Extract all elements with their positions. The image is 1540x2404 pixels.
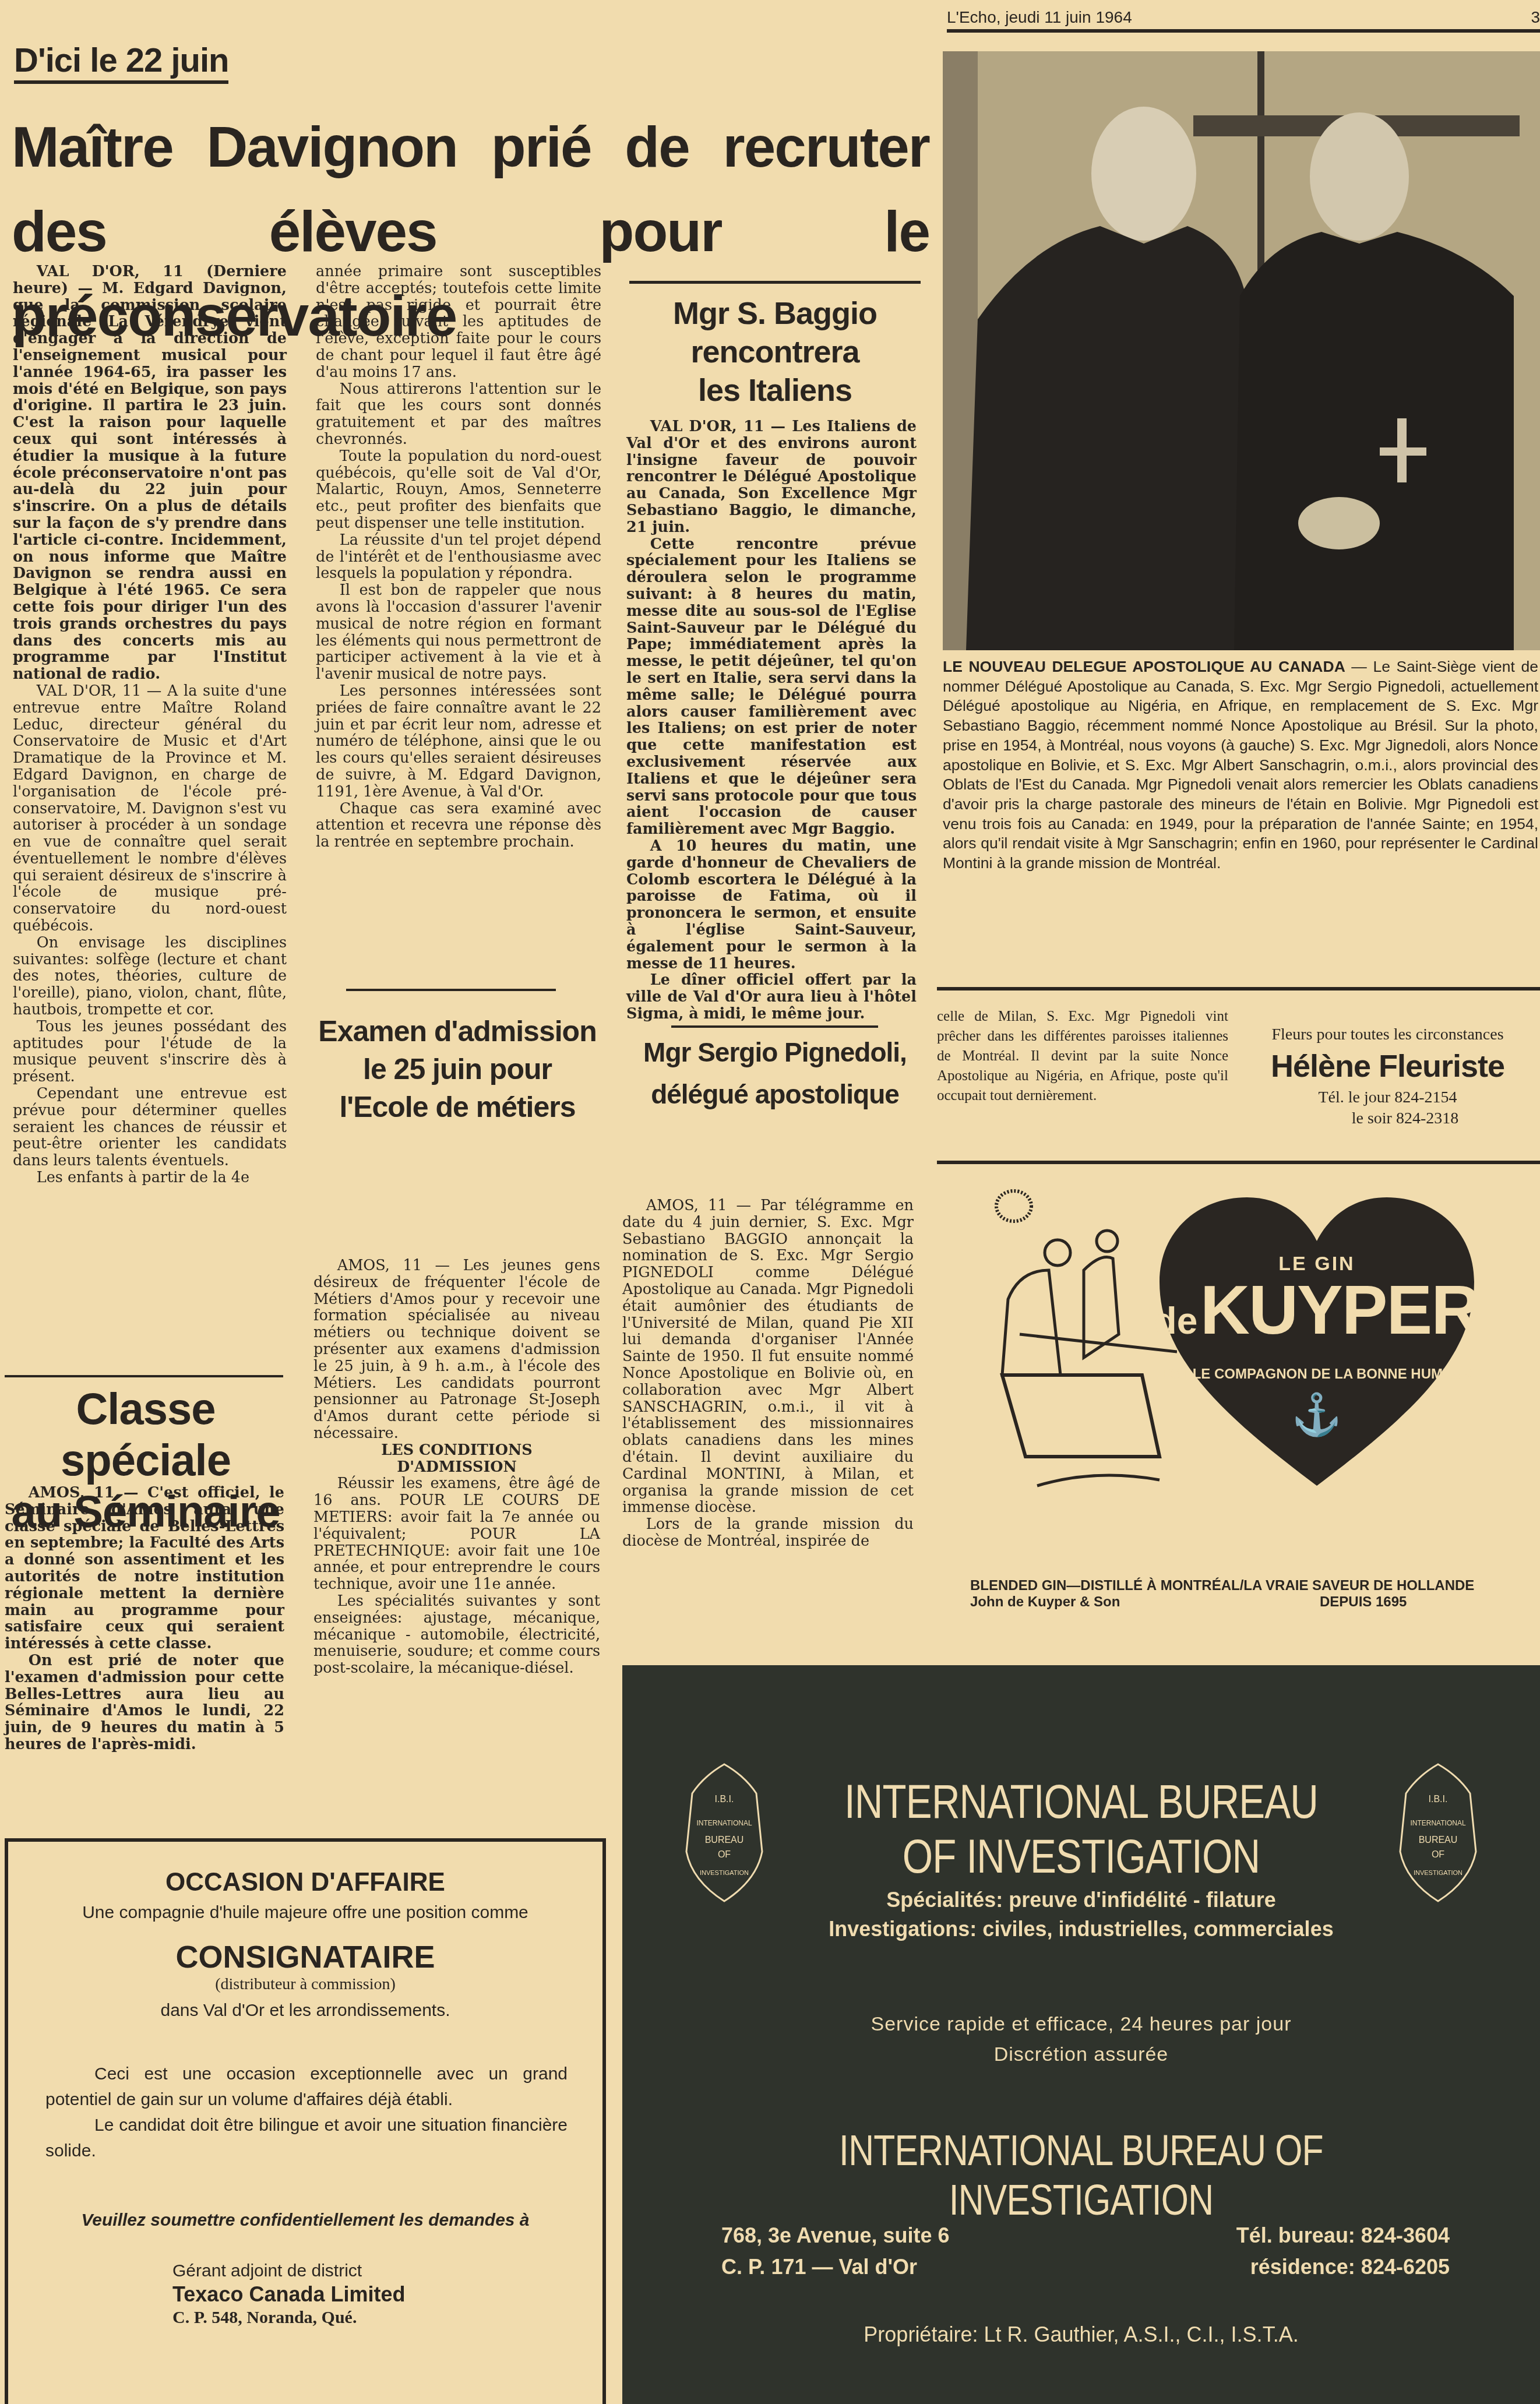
baggio-headline: Mgr S. Baggio rencontrera les Italiens bbox=[623, 294, 926, 410]
ibi-service-info: Service rapide et efficace, 24 heures pa… bbox=[622, 2009, 1540, 2070]
examen-body: AMOS, 11 — Les jeunes gens désireux de f… bbox=[313, 1257, 600, 1677]
clergy-photo bbox=[943, 51, 1540, 650]
divider bbox=[937, 987, 1540, 990]
baggio-headline-line2: rencontrera bbox=[623, 333, 926, 371]
kuyper-company: John de Kuyper & Son bbox=[970, 1594, 1320, 1610]
divider bbox=[671, 1025, 878, 1028]
examen-subhead: LES CONDITIONS D'ADMISSION bbox=[313, 1442, 600, 1476]
paragraph: VAL D'OR, 11 — A la suite d'une entrevue… bbox=[13, 683, 287, 935]
paragraph: Chaque cas sera examiné avec attention e… bbox=[316, 801, 601, 851]
examen-headline: Examen d'admission le 25 juin pour l'Eco… bbox=[315, 1013, 600, 1126]
ibi-address: 768, 3e Avenue, suite 6 C. P. 171 — Val … bbox=[721, 2220, 950, 2283]
lead-story-col1: VAL D'OR, 11 (Derniere heure) — M. Edgar… bbox=[13, 263, 287, 1186]
lead-kicker: D'ici le 22 juin bbox=[14, 42, 228, 84]
caption-body: — Le Saint-Siège vient de nommer Délégué… bbox=[943, 658, 1538, 872]
pignedoli-body: AMOS, 11 — Par télégramme en date du 4 j… bbox=[622, 1197, 914, 1550]
paragraph: VAL D'OR, 11 — Les Italiens de Val d'Or … bbox=[626, 418, 917, 536]
paragraph: AMOS, 11 — Par télégramme en date du 4 j… bbox=[622, 1197, 914, 1516]
kuyper-brand: KUYPER bbox=[1200, 1272, 1480, 1349]
ibi-phone-office: Tél. bureau: 824-3604 bbox=[1236, 2220, 1450, 2251]
ibi-address-line1: 768, 3e Avenue, suite 6 bbox=[721, 2220, 950, 2251]
seminaire-body: AMOS, 11 — C'est officiel, le Séminaire … bbox=[5, 1485, 284, 1753]
paragraph: Tous les jeunes possédant des aptitudes … bbox=[13, 1018, 287, 1085]
examen-headline-line2: le 25 juin pour bbox=[315, 1051, 600, 1088]
fleuriste-name: Hélène Fleuriste bbox=[1235, 1045, 1540, 1087]
texaco-position-note: (distributeur à commission) bbox=[8, 1975, 602, 1994]
paragraph: Réussir les examens, être âgé de 16 ans.… bbox=[313, 1475, 600, 1593]
fleuriste-ad: Fleurs pour toutes les circonstances Hél… bbox=[1235, 1024, 1540, 1129]
paragraph: Les spécialités suivantes y sont enseign… bbox=[313, 1593, 600, 1677]
ibi-title-line1: INTERNATIONAL BUREAU bbox=[705, 1775, 1458, 1830]
paragraph: Toute la population du nord-ouest québéc… bbox=[316, 448, 601, 532]
ibi-services: Spécialités: preuve d'infidélité - filat… bbox=[622, 1885, 1540, 1944]
baggio-headline-line3: les Italiens bbox=[623, 371, 926, 410]
fleuriste-phone-evening: le soir 824-2318 bbox=[1235, 1108, 1540, 1129]
texaco-area: dans Val d'Or et les arrondissements. bbox=[8, 2001, 602, 2021]
kuyper-slogan: EST LE COMPAGNON DE LA BONNE HUMEUR bbox=[1154, 1366, 1480, 1383]
paragraph: Il est bon de rappeler que nous avons là… bbox=[316, 582, 601, 683]
divider bbox=[937, 1161, 1540, 1164]
pignedoli-headline-line1: Mgr Sergio Pignedoli, bbox=[623, 1031, 926, 1073]
texaco-title: OCCASION D'AFFAIRE bbox=[8, 1868, 602, 1897]
paragraph: Cette rencontre prévue spécialement pour… bbox=[626, 536, 917, 838]
baggio-headline-line1: Mgr S. Baggio bbox=[623, 294, 926, 333]
fleuriste-phone-day: Tél. le jour 824-2154 bbox=[1235, 1087, 1540, 1108]
ibi-contact: 768, 3e Avenue, suite 6 C. P. 171 — Val … bbox=[721, 2220, 1450, 2283]
ibi-title-line2: OF INVESTIGATION bbox=[705, 1830, 1458, 1884]
kuyper-brand-prefix: de bbox=[1154, 1300, 1198, 1342]
ibi-title: INTERNATIONAL BUREAU OF INVESTIGATION bbox=[622, 1775, 1540, 1884]
baggio-body: VAL D'OR, 11 — Les Italiens de Val d'Or … bbox=[626, 418, 917, 1023]
ibi-ad: I.B.I. INTERNATIONAL BUREAU OF INVESTIGA… bbox=[622, 1665, 1540, 2404]
paragraph: La réussite d'un tel projet dépend de l'… bbox=[316, 532, 601, 582]
paragraph: AMOS, 11 — C'est officiel, le Séminaire … bbox=[5, 1485, 284, 1652]
pignedoli-continuation: celle de Milan, S. Exc. Mgr Pignedoli vi… bbox=[937, 1007, 1228, 1106]
texaco-company: Texaco Canada Limited bbox=[172, 2283, 602, 2306]
kuyper-footer: BLENDED GIN—DISTILLÉ À MONTRÉAL/LA VRAIE… bbox=[970, 1578, 1530, 1610]
paragraph: On est prié de noter que l'examen d'admi… bbox=[5, 1652, 284, 1753]
kuyper-footer-line: BLENDED GIN—DISTILLÉ À MONTRÉAL/LA VRAIE… bbox=[970, 1578, 1530, 1594]
ibi-phone-home: résidence: 824-6205 bbox=[1236, 2251, 1450, 2283]
ibi-discretion: Discrétion assurée bbox=[622, 2039, 1540, 2070]
kuyper-heart-text: LE GIN de KUYPER EST LE COMPAGNON DE LA … bbox=[1154, 1253, 1480, 1447]
fleuriste-tagline: Fleurs pour toutes les circonstances bbox=[1235, 1024, 1540, 1045]
paragraph: Le dîner officiel offert par la ville de… bbox=[626, 972, 917, 1022]
ibi-specialties: Spécialités: preuve d'infidélité - filat… bbox=[622, 1885, 1540, 1915]
photo-caption: LE NOUVEAU DELEGUE APOSTOLIQUE AU CANADA… bbox=[943, 657, 1538, 873]
lead-story-col2: année primaire sont susceptibles d'être … bbox=[316, 263, 601, 851]
texaco-contact: Gérant adjoint de district Texaco Canada… bbox=[172, 2260, 602, 2329]
paragraph: Les enfants à partir de la 4e bbox=[13, 1169, 287, 1186]
paragraph: Nous attirerons l'attention sur le fait … bbox=[316, 381, 601, 448]
paragraph: Les personnes intéressées sont priées de… bbox=[316, 683, 601, 801]
ibi-owner: Propriétaire: Lt R. Gauthier, A.S.I., C.… bbox=[622, 2322, 1540, 2347]
texaco-contact-title: Gérant adjoint de district bbox=[172, 2260, 602, 2283]
kuyper-since: DEPUIS 1695 bbox=[1320, 1594, 1407, 1610]
photo-image-icon bbox=[943, 51, 1540, 650]
paragraph: année primaire sont susceptibles d'être … bbox=[316, 263, 601, 381]
kuyper-brand-row: de KUYPER bbox=[1154, 1275, 1480, 1366]
paragraph: AMOS, 11 — Les jeunes gens désireux de f… bbox=[313, 1257, 600, 1442]
texaco-submit: Veuillez soumettre confidentiellement le… bbox=[8, 2211, 602, 2230]
divider bbox=[346, 989, 556, 991]
paragraph: A 10 heures du matin, une garde d'honneu… bbox=[626, 838, 917, 972]
paragraph: On envisage les disciplines suivantes: s… bbox=[13, 935, 287, 1018]
kuyper-ad: LE GIN de KUYPER EST LE COMPAGNON DE LA … bbox=[944, 1177, 1540, 1631]
paragraph: VAL D'OR, 11 (Derniere heure) — M. Edgar… bbox=[13, 263, 287, 683]
texaco-intro: Une compagnie d'huile majeure offre une … bbox=[8, 1903, 602, 1923]
paper-date: L'Echo, jeudi 11 juin 1964 bbox=[947, 8, 1132, 27]
ibi-investigations: Investigations: civiles, industrielles, … bbox=[622, 1915, 1540, 1944]
ibi-title-full: INTERNATIONAL BUREAU OF INVESTIGATION bbox=[705, 2125, 1458, 2225]
anchor-icon: ⚓ bbox=[1154, 1383, 1480, 1447]
divider bbox=[5, 1375, 283, 1377]
seminaire-headline-line1: Classe spéciale bbox=[0, 1384, 291, 1486]
subhead-line2: D'ADMISSION bbox=[397, 1458, 517, 1476]
examen-headline-line3: l'Ecole de métiers bbox=[315, 1088, 600, 1126]
pignedoli-headline: Mgr Sergio Pignedoli, délégué apostoliqu… bbox=[623, 1031, 926, 1115]
fishermen-illustration-icon bbox=[967, 1183, 1177, 1509]
subhead-line1: LES CONDITIONS bbox=[381, 1441, 532, 1459]
kuyper-footer-row: John de Kuyper & Son DEPUIS 1695 bbox=[970, 1594, 1530, 1610]
texaco-ad: OCCASION D'AFFAIRE Une compagnie d'huile… bbox=[5, 1838, 606, 2404]
texaco-body1: Ceci est une occasion exceptionnelle ave… bbox=[45, 2061, 568, 2113]
ibi-address-line2: C. P. 171 — Val d'Or bbox=[721, 2251, 950, 2283]
ibi-service: Service rapide et efficace, 24 heures pa… bbox=[622, 2009, 1540, 2039]
paragraph: Cependant une entrevue est prévue pour d… bbox=[13, 1085, 287, 1169]
masthead: L'Echo, jeudi 11 juin 1964 3 bbox=[947, 8, 1540, 33]
page-number: 3 bbox=[1531, 8, 1540, 27]
pignedoli-headline-line2: délégué apostolique bbox=[623, 1073, 926, 1115]
ibi-phones: Tél. bureau: 824-3604 résidence: 824-620… bbox=[1236, 2220, 1450, 2283]
caption-lead: LE NOUVEAU DELEGUE APOSTOLIQUE AU CANADA bbox=[943, 658, 1345, 675]
texaco-body2: Le candidat doit être bilingue et avoir … bbox=[45, 2113, 568, 2164]
texaco-position: CONSIGNATAIRE bbox=[8, 1939, 602, 1975]
divider bbox=[629, 281, 921, 284]
paragraph: Lors de la grande mission du diocèse de … bbox=[622, 1516, 914, 1550]
lead-headline-line1: Maître Davignon prié de recruter bbox=[12, 105, 929, 189]
texaco-address: C. P. 548, Noranda, Qué. bbox=[172, 2306, 602, 2329]
examen-headline-line1: Examen d'admission bbox=[315, 1013, 600, 1051]
